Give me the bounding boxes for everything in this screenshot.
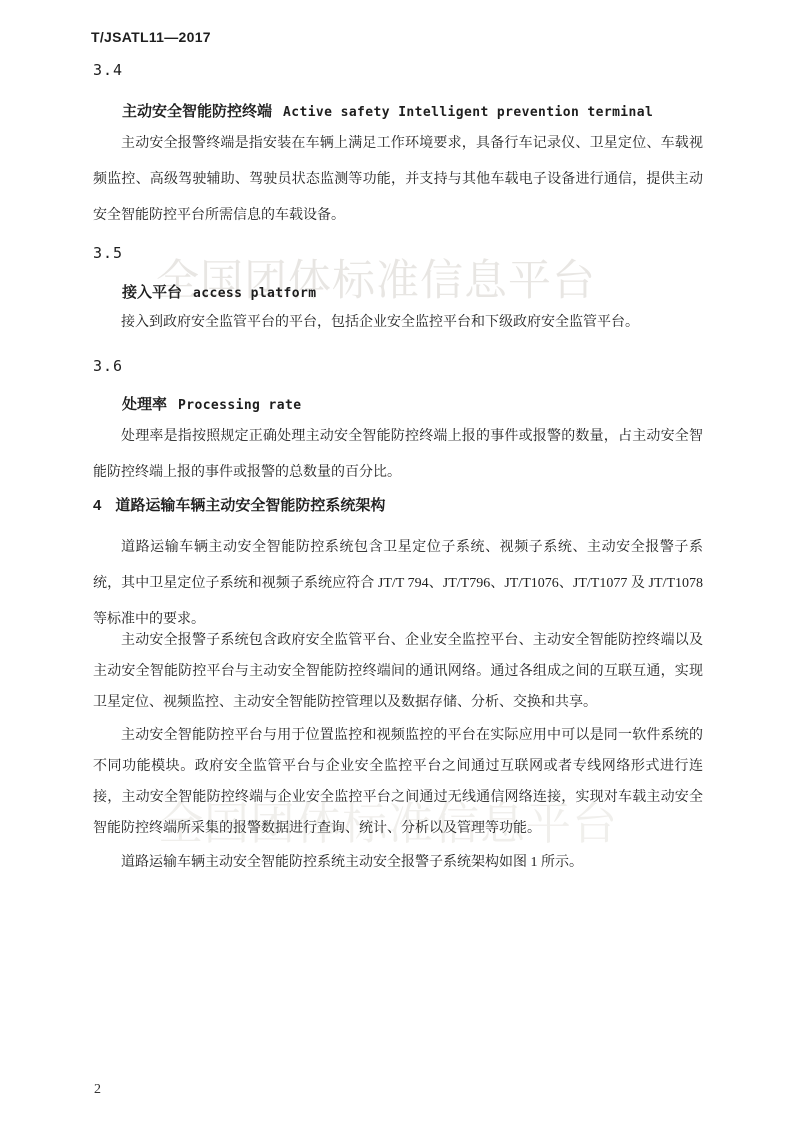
term-en-label: Processing rate xyxy=(178,398,301,413)
section-4-paragraph-4: 道路运输车辆主动安全智能防控系统主动安全报警子系统架构如图 1 所示。 xyxy=(93,847,703,878)
term-en-label: access platform xyxy=(193,286,316,301)
term-definition-3-5: 接入到政府安全监管平台的平台，包括企业安全监控平台和下级政府安全监管平台。 xyxy=(93,305,703,341)
section-title: 道路运输车辆主动安全智能防控系统架构 xyxy=(115,497,385,514)
term-heading-3-5: 接入平台 access platform xyxy=(122,281,316,302)
term-en-label: Active safety Intelligent prevention ter… xyxy=(283,105,653,120)
section-4-paragraph-2: 主动安全报警子系统包含政府安全监管平台、企业安全监控平台、主动安全智能防控终端以… xyxy=(93,625,703,718)
standard-document-page: 全国团体标准信息平台 全国团体标准信息平台 T/JSATL11—2017 3.4… xyxy=(0,0,794,1123)
section-4-paragraph-3: 主动安全智能防控平台与用于位置监控和视频监控的平台在实际应用中可以是同一软件系统… xyxy=(93,720,703,844)
clause-number-3-5: 3.5 xyxy=(93,244,123,262)
page-number: 2 xyxy=(94,1082,101,1098)
term-heading-3-6: 处理率 Processing rate xyxy=(122,393,301,414)
section-4-paragraph-1: 道路运输车辆主动安全智能防控系统包含卫星定位子系统、视频子系统、主动安全报警子系… xyxy=(93,530,703,638)
term-zh-label: 主动安全智能防控终端 xyxy=(122,103,272,120)
document-code-header: T/JSATL11—2017 xyxy=(91,29,211,45)
term-heading-3-4: 主动安全智能防控终端 Active safety Intelligent pre… xyxy=(122,100,653,121)
clause-number-3-4: 3.4 xyxy=(93,61,123,79)
term-definition-3-4: 主动安全报警终端是指安装在车辆上满足工作环境要求，具备行车记录仪、卫星定位、车载… xyxy=(93,126,703,234)
term-zh-label: 处理率 xyxy=(122,396,167,413)
section-number: 4 xyxy=(93,497,101,514)
section-4-heading: 4道路运输车辆主动安全智能防控系统架构 xyxy=(93,494,385,515)
clause-number-3-6: 3.6 xyxy=(93,357,123,375)
term-zh-label: 接入平台 xyxy=(122,284,182,301)
term-definition-3-6: 处理率是指按照规定正确处理主动安全智能防控终端上报的事件或报警的数量，占主动安全… xyxy=(93,419,703,491)
